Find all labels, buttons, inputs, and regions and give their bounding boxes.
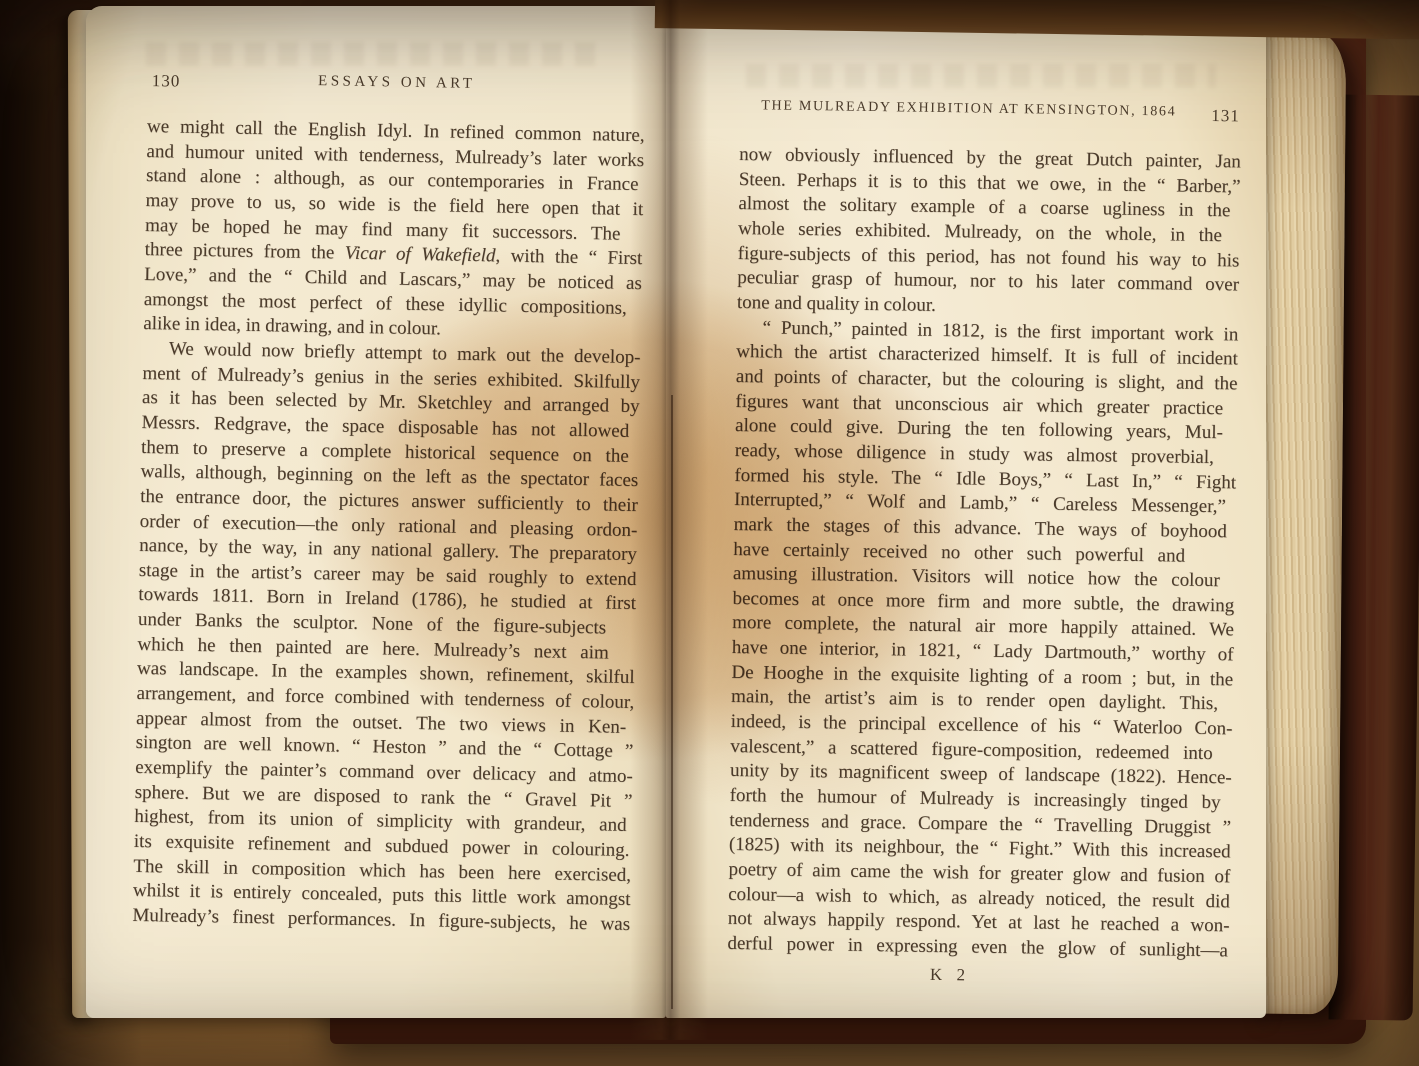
page-number: 131 [1211, 106, 1240, 126]
right-page-body-text: now obviously influenced by the great Du… [727, 143, 1241, 964]
right-page: 131 THE MULREADY EXHIBITION AT KENSINGTO… [666, 20, 1266, 1018]
signature-mark: K 2 [699, 961, 1201, 988]
left-page-body-text: we might call the English Idyl. In refin… [132, 115, 645, 938]
left-page: 130 ESSAYS ON ART we might call the Engl… [86, 6, 666, 1018]
text-segment: three pictures from the [145, 239, 345, 264]
paragraph: We would now briefly attempt to mark out… [132, 337, 641, 938]
page-number: 130 [152, 71, 181, 92]
left-page-header: 130 ESSAYS ON ART [148, 70, 646, 101]
book-photograph: { "book": { "title_context": "ESSAYS ON … [0, 0, 1419, 1066]
right-page-content: 131 THE MULREADY EXHIBITION AT KENSINGTO… [727, 98, 1242, 989]
paragraph: now obviously influenced by the great Du… [737, 143, 1242, 323]
running-header: ESSAYS ON ART [148, 70, 646, 96]
running-header: THE MULREADY EXHIBITION AT KENSINGTON, 1… [740, 98, 1242, 121]
text-segment: , with the “ First [495, 246, 642, 270]
left-page-content: 130 ESSAYS ON ART we might call the Engl… [132, 70, 646, 938]
paragraph: “ Punch,” painted in 1812, is the first … [727, 316, 1238, 964]
show-through-text [146, 42, 606, 66]
italic-text: Vicar of Wakefield [345, 243, 496, 267]
show-through-text [746, 64, 1216, 88]
paragraph: we might call the English Idyl. In refin… [143, 115, 645, 346]
right-page-header: 131 THE MULREADY EXHIBITION AT KENSINGTO… [740, 98, 1242, 127]
